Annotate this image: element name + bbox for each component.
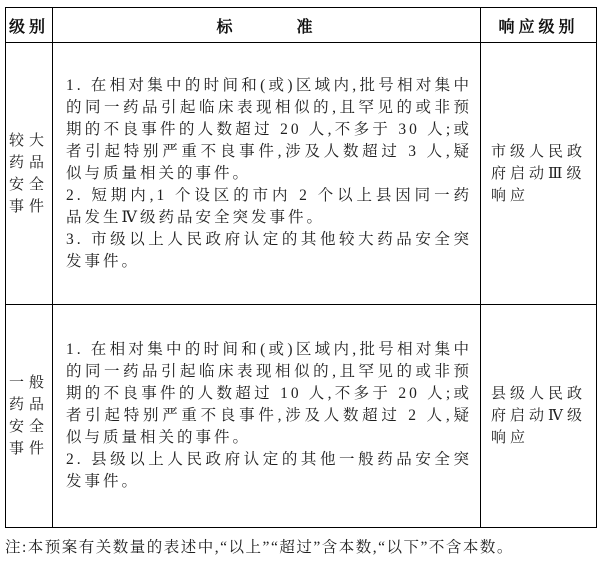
header-response-level: 响应级别 <box>481 8 597 43</box>
criteria-item-2: 2. 县级以上人民政府认定的其他一般药品安全突发事件。 <box>66 449 472 493</box>
response-label-major: 市级人民政府启动Ⅲ级响应 <box>491 141 590 207</box>
document-page: 级别 标 准 响应级别 较大药品安全事件 1. 在相对集中的时间和(或)区域内,… <box>0 0 604 573</box>
header-criteria: 标 准 <box>53 8 481 43</box>
criteria-item-3: 3. 市级以上人民政府认定的其他较大药品安全突发事件。 <box>66 229 472 273</box>
table-row-major-incident: 较大药品安全事件 1. 在相对集中的时间和(或)区域内,批号相对集中的同一药品引… <box>6 43 597 305</box>
level-label-major: 较大药品安全事件 <box>9 130 49 218</box>
table-row-general-incident: 一般药品安全事件 1. 在相对集中的时间和(或)区域内,批号相对集中的同一药品引… <box>6 305 597 528</box>
level-cell-general: 一般药品安全事件 <box>6 305 53 528</box>
criteria-item-1: 1. 在相对集中的时间和(或)区域内,批号相对集中的同一药品引起临床表现相似的,… <box>66 75 472 185</box>
table-header-row: 级别 标 准 响应级别 <box>6 8 597 43</box>
response-cell-general: 县级人民政府启动Ⅳ级响应 <box>481 305 597 528</box>
criteria-item-1: 1. 在相对集中的时间和(或)区域内,批号相对集中的同一药品引起临床表现相似的,… <box>66 339 472 449</box>
criteria-cell-major: 1. 在相对集中的时间和(或)区域内,批号相对集中的同一药品引起临床表现相似的,… <box>53 43 481 305</box>
response-label-general: 县级人民政府启动Ⅳ级响应 <box>491 383 590 449</box>
criteria-item-2: 2. 短期内,1 个设区的市内 2 个以上县因同一药品发生Ⅳ级药品安全突发事件。 <box>66 185 472 229</box>
level-cell-major: 较大药品安全事件 <box>6 43 53 305</box>
footnote: 注:本预案有关数量的表述中,“以上”“超过”含本数,“以下”不含本数。 <box>5 538 599 558</box>
header-level: 级别 <box>6 8 53 43</box>
level-label-general: 一般药品安全事件 <box>9 372 49 460</box>
drug-safety-incident-level-table: 级别 标 准 响应级别 较大药品安全事件 1. 在相对集中的时间和(或)区域内,… <box>5 7 597 528</box>
response-cell-major: 市级人民政府启动Ⅲ级响应 <box>481 43 597 305</box>
criteria-cell-general: 1. 在相对集中的时间和(或)区域内,批号相对集中的同一药品引起临床表现相似的,… <box>53 305 481 528</box>
